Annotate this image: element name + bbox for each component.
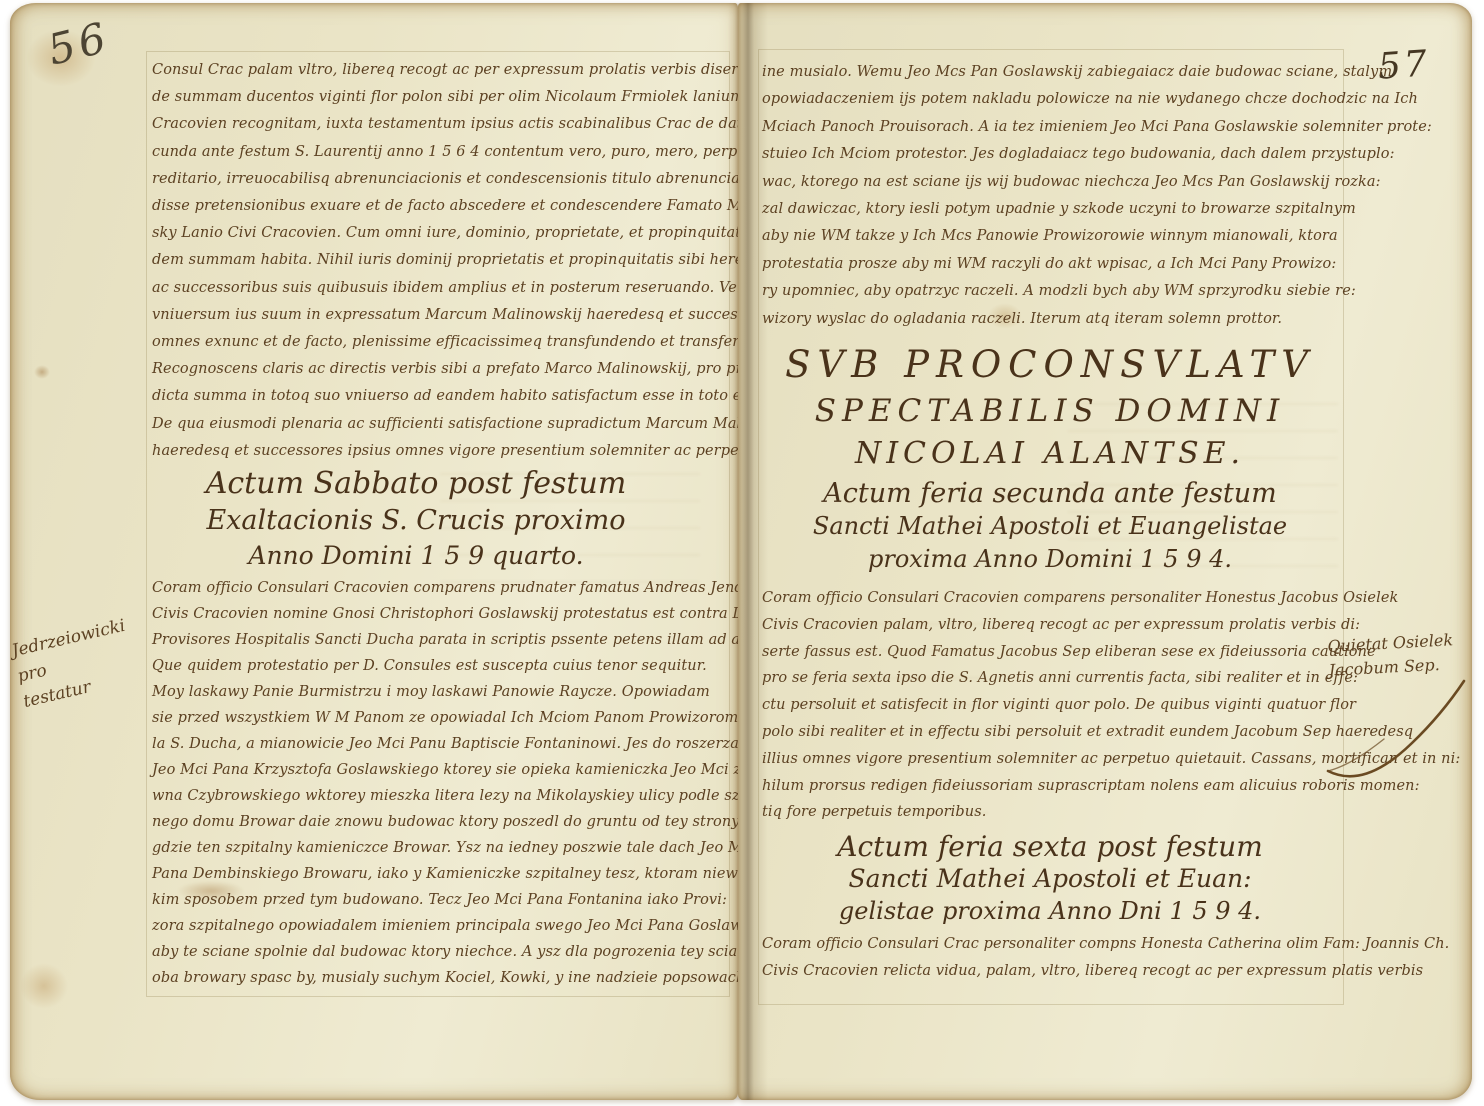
text-line: sie przed wszystkiem W M Panom ze opowia… bbox=[152, 705, 724, 731]
text-line: kim sposobem przed tym budowano. Tecz Je… bbox=[152, 887, 724, 913]
heading-line: Anno Domini 1 5 9 quarto. bbox=[130, 539, 702, 573]
text-line: Coram officio Consulari Crac personalite… bbox=[762, 931, 1338, 958]
right-paragraph-2: Coram officio Consulari Cracovien compar… bbox=[762, 585, 1338, 826]
text-line: ctu persoluit et satisfecit in flor vigi… bbox=[762, 692, 1338, 719]
text-line: vniuersum ius suum in expressatum Marcum… bbox=[152, 302, 724, 329]
text-line: Jeo Mci Pana Krzysztofa Goslawskiego kto… bbox=[152, 757, 724, 783]
heading-line: SVB PROCONSVLATV bbox=[762, 341, 1338, 389]
text-line: wna Czybrowskiego wktorey mieszka litera… bbox=[152, 783, 724, 809]
text-line: Que quidem protestatio per D. Consules e… bbox=[152, 653, 724, 679]
heading-line: Actum feria secunda ante festum bbox=[762, 477, 1338, 510]
text-line: Civis Cracovien nomine Gnosi Christophor… bbox=[152, 601, 724, 627]
text-line: Recognoscens claris ac directis verbis s… bbox=[152, 356, 724, 383]
heading-line: proxima Anno Domini 1 5 9 4. bbox=[762, 543, 1338, 576]
heading-line: Sancti Mathei Apostoli et Euangelistae bbox=[762, 510, 1338, 543]
text-line: Pana Dembinskiego Browaru, iako y Kamien… bbox=[152, 861, 724, 887]
text-line: la S. Ducha, a mianowicie Jeo Mci Panu B… bbox=[152, 731, 724, 757]
manuscript-photo: 56 Consul Crac palam vltro, libereq reco… bbox=[0, 0, 1484, 1106]
text-line: dicta summa in totoq suo vniuerso ad ean… bbox=[152, 383, 724, 410]
text-line: cunda ante festum S. Laurentij anno 1 5 … bbox=[152, 139, 724, 166]
text-line: wac, ktorego na est sciane ijs wij budow… bbox=[762, 169, 1338, 196]
text-line: zora szpitalnego opowiadalem imieniem pr… bbox=[152, 913, 724, 939]
heading-line: Actum feria sexta post festum bbox=[762, 831, 1338, 863]
text-line: de summam ducentos viginti flor polon si… bbox=[152, 84, 724, 111]
text-line: nego domu Browar daie znowu budowac ktor… bbox=[152, 809, 724, 835]
heading-line: gelistae proxima Anno Dni 1 5 9 4. bbox=[762, 895, 1338, 927]
heading-line: SPECTABILIS DOMINI bbox=[762, 389, 1338, 433]
text-line: aby te sciane spolnie dal budowac ktory … bbox=[152, 939, 724, 965]
actum-feria-secunda-heading: Actum feria secunda ante festum Sancti M… bbox=[762, 477, 1338, 576]
text-line: disse pretensionibus exuare et de facto … bbox=[152, 193, 724, 220]
text-line: ine musialo. Wemu Jeo Mcs Pan Goslawskij… bbox=[762, 59, 1338, 86]
text-line: stuieo Ich Mciom protestor. Jes dogladai… bbox=[762, 141, 1338, 168]
text-line: omnes exnunc et de facto, plenissime eff… bbox=[152, 329, 724, 356]
right-paragraph-1: ine musialo. Wemu Jeo Mcs Pan Goslawskij… bbox=[762, 59, 1338, 333]
text-line: opowiadaczeniem ijs potem nakladu polowi… bbox=[762, 86, 1338, 113]
text-line: Consul Crac palam vltro, libereq recogt … bbox=[152, 57, 724, 84]
text-line: zal dawiczac, ktory iesli potym upadnie … bbox=[762, 196, 1338, 223]
left-page: 56 Consul Crac palam vltro, libereq reco… bbox=[10, 3, 738, 1100]
text-line: Moy laskawy Panie Burmistrzu i moy laska… bbox=[152, 679, 724, 705]
signature-flourish bbox=[1324, 671, 1474, 781]
text-line: Cracovien recognitam, iuxta testamentum … bbox=[152, 111, 724, 138]
text-line: reditario, irreuocabilisq abrenunciacion… bbox=[152, 166, 724, 193]
left-section-heading: Actum Sabbato post festum Exaltacionis S… bbox=[130, 465, 702, 573]
heading-line: NICOLAI ALANTSE. bbox=[762, 433, 1338, 475]
right-paragraph-3: Coram officio Consulari Crac personalite… bbox=[762, 931, 1338, 984]
text-line: protestatia prosze aby mi WM raczyli do … bbox=[762, 251, 1338, 278]
margin-note-left: Jedrzeiowicki pro testatur bbox=[9, 605, 173, 715]
text-line: Civis Cracovien palam, vltro, libereq re… bbox=[762, 612, 1338, 639]
paper-stain bbox=[34, 365, 50, 379]
text-line: pro se feria sexta ipso die S. Agnetis a… bbox=[762, 665, 1338, 692]
page-number-left: 56 bbox=[43, 12, 114, 74]
text-line: polo sibi realiter et in effectu sibi pe… bbox=[762, 719, 1338, 746]
text-line: gdzie ten szpitalny kamieniczce Browar. … bbox=[152, 835, 724, 861]
manuscript-spread: 56 Consul Crac palam vltro, libereq reco… bbox=[10, 3, 1472, 1100]
text-line: sky Lanio Civi Cracovien. Cum omni iure,… bbox=[152, 220, 724, 247]
text-line: wizory wyslac do ogladania raczeli. Iter… bbox=[762, 306, 1338, 333]
text-line: Provisores Hospitalis Sancti Ducha parat… bbox=[152, 627, 724, 653]
text-line: Civis Cracovien relicta vidua, palam, vl… bbox=[762, 958, 1338, 985]
text-line: Coram officio Consulari Cracovien compar… bbox=[762, 585, 1338, 612]
text-line: Coram officio Consulari Cracovien compar… bbox=[152, 575, 724, 601]
text-line: illius omnes vigore presentium solemnite… bbox=[762, 746, 1338, 773]
text-line: aby nie WM takze y Ich Mcs Panowie Prowi… bbox=[762, 223, 1338, 250]
proconsulatu-heading: SVB PROCONSVLATV SPECTABILIS DOMINI NICO… bbox=[762, 341, 1338, 475]
left-paragraph-1: Consul Crac palam vltro, libereq recogt … bbox=[152, 57, 724, 465]
left-paragraph-2: Coram officio Consulari Cracovien compar… bbox=[152, 575, 724, 991]
paper-stain bbox=[20, 963, 68, 1009]
text-line: dem summam habita. Nihil iuris dominij p… bbox=[152, 247, 724, 274]
actum-feria-sexta-heading: Actum feria sexta post festum Sancti Mat… bbox=[762, 831, 1338, 927]
text-line: serte fassus est. Quod Famatus Jacobus S… bbox=[762, 639, 1338, 666]
text-line: haeredesq et successores ipsius omnes vi… bbox=[152, 438, 724, 465]
text-line: Mciach Panoch Prouisorach. A ia tez imie… bbox=[762, 114, 1338, 141]
text-line: ac successoribus suis quibusuis ibidem a… bbox=[152, 275, 724, 302]
text-line: ry upomniec, aby opatrzyc raczeli. A mod… bbox=[762, 278, 1338, 305]
heading-line: Actum Sabbato post festum bbox=[130, 465, 702, 503]
heading-line: Sancti Mathei Apostoli et Euan: bbox=[762, 863, 1338, 895]
text-line: hilum prorsus redigen fideiussoriam supr… bbox=[762, 773, 1338, 800]
text-line: oba browary spasc by, musialy suchym Koc… bbox=[152, 965, 724, 991]
text-line: De qua eiusmodi plenaria ac sufficienti … bbox=[152, 411, 724, 438]
right-page: 57 ine musialo. Wemu Jeo Mcs Pan Goslaws… bbox=[738, 3, 1472, 1100]
text-line: tiq fore perpetuis temporibus. bbox=[762, 799, 1338, 826]
heading-line: Exaltacionis S. Crucis proximo bbox=[130, 503, 702, 539]
